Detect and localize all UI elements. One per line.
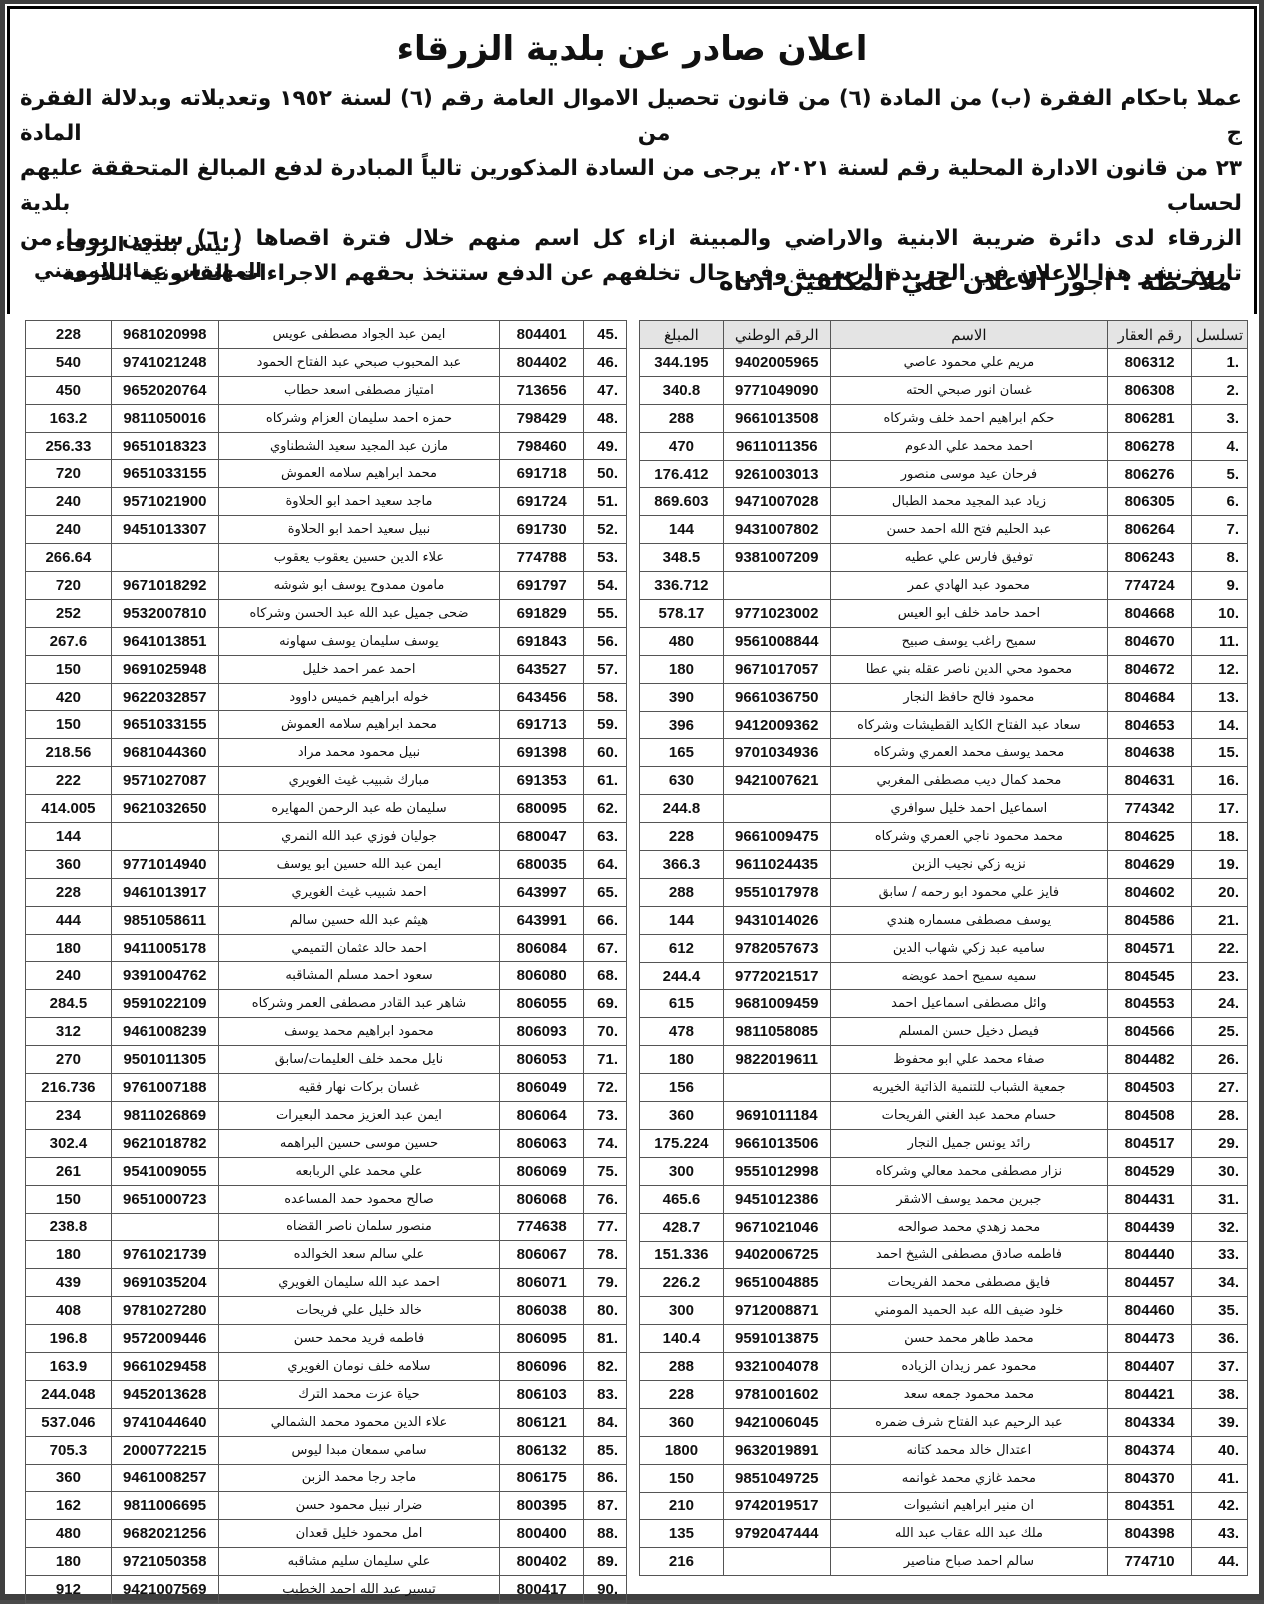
cell-property-no: 774788 — [500, 544, 584, 572]
cell-property-no: 806071 — [500, 1269, 584, 1297]
cell-amount: 630 — [640, 767, 724, 795]
cell-name: نزيه زكي نجيب الزبن — [830, 851, 1108, 879]
cell-name: فاطمه صادق مصطفى الشيخ احمد — [830, 1241, 1108, 1269]
cell-serial: .6 — [1192, 488, 1248, 516]
cell-amount: 705.3 — [26, 1436, 112, 1464]
announcement-title: اعلان صادر عن بلدية الزرقاء — [10, 29, 1254, 69]
cell-amount: 414.005 — [26, 795, 112, 823]
cell-serial: .83 — [584, 1380, 627, 1408]
cell-name: رائد يونس جميل النجار — [830, 1129, 1108, 1157]
cell-national-id: 9412009362 — [723, 711, 830, 739]
cell-serial: .51 — [584, 488, 627, 516]
cell-serial: .8 — [1192, 544, 1248, 572]
cell-amount: 210 — [640, 1492, 724, 1520]
cell-national-id: 9651000723 — [111, 1185, 218, 1213]
cell-national-id: 9772021517 — [723, 962, 830, 990]
cell-national-id: 9822019611 — [723, 1046, 830, 1074]
cell-name: تيسير عبد الله احمد الخطيب — [218, 1576, 500, 1600]
cell-amount: 312 — [26, 1018, 112, 1046]
table-row: .62680095سليمان طه عبد الرحمن المهايره96… — [26, 795, 627, 823]
cell-national-id: 9661009475 — [723, 823, 830, 851]
cell-serial: .16 — [1192, 767, 1248, 795]
cell-amount: 240 — [26, 516, 112, 544]
cell-serial: .18 — [1192, 823, 1248, 851]
cell-amount: 612 — [640, 934, 724, 962]
cell-property-no: 804334 — [1108, 1408, 1192, 1436]
cell-national-id: 9402006725 — [723, 1241, 830, 1269]
cell-property-no: 806049 — [500, 1074, 584, 1102]
cell-amount: 180 — [26, 1241, 112, 1269]
cell-name: ماجد سعيد احمد ابو الحلاوة — [218, 488, 500, 516]
cell-national-id: 9701034936 — [723, 739, 830, 767]
cell-amount: 348.5 — [640, 544, 724, 572]
table-row: .29804517رائد يونس جميل النجار9661013506… — [640, 1129, 1248, 1157]
cell-name: صفاء محمد علي ابو محفوظ — [830, 1046, 1108, 1074]
cell-property-no: 804398 — [1108, 1520, 1192, 1548]
cell-name: سلامه خلف نومان الغويري — [218, 1352, 500, 1380]
cell-name: ان منير ابراهيم انشيوات — [830, 1492, 1108, 1520]
cell-national-id: 9721050358 — [111, 1548, 218, 1576]
cell-amount: 180 — [26, 1548, 112, 1576]
table-row: .85806132سامي سمعان مبدا ليوس20007722157… — [26, 1436, 627, 1464]
cell-national-id: 9671018292 — [111, 572, 218, 600]
table-row: .11804670سميح راغب يوسف صبيح956100884448… — [640, 627, 1248, 655]
table-row: .69806055شاهر عبد القادر مصطفى العمر وشر… — [26, 990, 627, 1018]
cell-property-no: 691843 — [500, 627, 584, 655]
cell-amount: 300 — [640, 1157, 724, 1185]
cell-serial: .54 — [584, 572, 627, 600]
announcement-page: اعلان صادر عن بلدية الزرقاء عملا باحكام … — [0, 0, 1264, 1600]
cell-name: ساميه عبد زكي شهاب الدين — [830, 934, 1108, 962]
cell-property-no: 806096 — [500, 1352, 584, 1380]
cell-property-no: 680047 — [500, 823, 584, 851]
cell-national-id: 9621018782 — [111, 1129, 218, 1157]
cell-amount: 267.6 — [26, 627, 112, 655]
cell-national-id: 9671017057 — [723, 655, 830, 683]
cell-national-id: 9622032857 — [111, 683, 218, 711]
cell-serial: .74 — [584, 1129, 627, 1157]
cell-amount: 470 — [640, 432, 724, 460]
cell-serial: .57 — [584, 655, 627, 683]
cell-property-no: 804401 — [500, 321, 584, 349]
cell-amount: 222 — [26, 767, 112, 795]
table-row: .17774342اسماعيل احمد خليل سوافري244.8 — [640, 795, 1248, 823]
cell-national-id: 9261003013 — [723, 460, 830, 488]
cell-property-no: 806308 — [1108, 376, 1192, 404]
cell-national-id: 9461008239 — [111, 1018, 218, 1046]
cell-amount: 150 — [640, 1464, 724, 1492]
cell-serial: .65 — [584, 878, 627, 906]
cell-national-id: 9651004885 — [723, 1269, 830, 1297]
cell-national-id: 9321004078 — [723, 1353, 830, 1381]
cell-national-id: 9651018323 — [111, 432, 218, 460]
announcement-header: اعلان صادر عن بلدية الزرقاء عملا باحكام … — [7, 6, 1257, 314]
cell-name: محمود عبد الهادي عمر — [830, 572, 1108, 600]
cell-property-no: 800417 — [500, 1576, 584, 1600]
table-row: .27804503جمعية الشباب للتنمية الذاتية ال… — [640, 1074, 1248, 1102]
cell-property-no: 804553 — [1108, 990, 1192, 1018]
table-row: .24804553وائل مصطفى اسماعيل احمد96810094… — [640, 990, 1248, 1018]
table-row: .2806308غسان انور صبحي الحته977104909034… — [640, 376, 1248, 404]
cell-serial: .68 — [584, 962, 627, 990]
cell-amount: 228 — [26, 878, 112, 906]
cell-amount: 150 — [26, 1185, 112, 1213]
cell-serial: .45 — [584, 321, 627, 349]
cell-property-no: 806103 — [500, 1380, 584, 1408]
cell-name: ايمن عبد العزيز محمد البعيرات — [218, 1101, 500, 1129]
cell-national-id: 9811050016 — [111, 404, 218, 432]
cell-serial: .80 — [584, 1297, 627, 1325]
cell-property-no: 774638 — [500, 1213, 584, 1241]
cell-amount: 228 — [640, 1380, 724, 1408]
cell-property-no: 806093 — [500, 1018, 584, 1046]
cell-amount: 537.046 — [26, 1408, 112, 1436]
table-row: .10804668احمد حامد خلف ابو العيس97710230… — [640, 600, 1248, 628]
cell-name: نايل محمد خلف العليمات/سابق — [218, 1046, 500, 1074]
table-body-right: .1806312مريم علي محمود عاصي9402005965344… — [640, 349, 1248, 1576]
table-row: .79806071احمد عبد الله سليمان الغويري969… — [26, 1269, 627, 1297]
table-row: .64680035ايمن عبد الله حسين ابو يوسف9771… — [26, 850, 627, 878]
table-row: .71806053نايل محمد خلف العليمات/سابق9501… — [26, 1046, 627, 1074]
cell-name: حكم ابراهيم احمد خلف وشركاه — [830, 404, 1108, 432]
cell-serial: .11 — [1192, 627, 1248, 655]
table-row: .33804440فاطمه صادق مصطفى الشيخ احمد9402… — [640, 1241, 1248, 1269]
cell-name: سعاد عبد الفتاح الكايد القطيشات وشركاه — [830, 711, 1108, 739]
cell-name: علاء الدين حسين يعقوب يعقوب — [218, 544, 500, 572]
taxpayers-table-right: تسلسل رقم العقار الاسم الرقم الوطني المب… — [639, 320, 1248, 1576]
column-header-serial: تسلسل — [1192, 321, 1248, 349]
cell-serial: .82 — [584, 1352, 627, 1380]
cell-serial: .19 — [1192, 851, 1248, 879]
cell-property-no: 713656 — [500, 376, 584, 404]
cell-serial: .81 — [584, 1325, 627, 1353]
cell-national-id: 9782057673 — [723, 934, 830, 962]
cell-name: احمد حامد خلف ابو العيس — [830, 600, 1108, 628]
table-row: .75806069علي محمد علي الربابعه9541009055… — [26, 1157, 627, 1185]
cell-name: ضحى جميل عبد الله عبد الحسن وشركاه — [218, 599, 500, 627]
cell-name: علي سالم سعد الخوالده — [218, 1241, 500, 1269]
table-row: .28804508حسام محمد عبد الغني الفريحات969… — [640, 1102, 1248, 1130]
cell-national-id: 9541009055 — [111, 1157, 218, 1185]
cell-amount: 180 — [640, 1046, 724, 1074]
cell-amount: 336.712 — [640, 572, 724, 600]
cell-property-no: 806067 — [500, 1241, 584, 1269]
cell-property-no: 804460 — [1108, 1297, 1192, 1325]
cell-property-no: 643991 — [500, 906, 584, 934]
cell-property-no: 800400 — [500, 1520, 584, 1548]
cell-amount: 176.412 — [640, 460, 724, 488]
cell-national-id: 9421007569 — [111, 1576, 218, 1600]
cell-property-no: 804602 — [1108, 878, 1192, 906]
cell-amount: 156 — [640, 1074, 724, 1102]
cell-serial: .46 — [584, 348, 627, 376]
cell-serial: .67 — [584, 934, 627, 962]
cell-serial: .61 — [584, 767, 627, 795]
cell-property-no: 804571 — [1108, 934, 1192, 962]
cell-serial: .34 — [1192, 1269, 1248, 1297]
table-row: .36804473محمد طاهر محمد حسن9591013875140… — [640, 1325, 1248, 1353]
cell-amount: 366.3 — [640, 851, 724, 879]
table-row: .76806068صالح محمود حمد المساعده96510007… — [26, 1185, 627, 1213]
cell-property-no: 643456 — [500, 683, 584, 711]
cell-property-no: 804672 — [1108, 655, 1192, 683]
cell-national-id: 9781001602 — [723, 1380, 830, 1408]
cell-property-no: 804653 — [1108, 711, 1192, 739]
cell-property-no: 806281 — [1108, 404, 1192, 432]
cell-amount: 163.2 — [26, 404, 112, 432]
cell-national-id: 9461008257 — [111, 1464, 218, 1492]
cell-property-no: 804503 — [1108, 1074, 1192, 1102]
cell-national-id: 9431007802 — [723, 516, 830, 544]
cell-name: فايق مصطفى محمد الفريحات — [830, 1269, 1108, 1297]
cell-national-id: 9632019891 — [723, 1436, 830, 1464]
cell-property-no: 804631 — [1108, 767, 1192, 795]
cell-property-no: 804482 — [1108, 1046, 1192, 1074]
table-row: .38804421محمد محمود جمعه سعد978100160222… — [640, 1380, 1248, 1408]
cell-name: وائل مصطفى اسماعيل احمد — [830, 990, 1108, 1018]
cell-property-no: 774710 — [1108, 1548, 1192, 1576]
cell-national-id: 9652020764 — [111, 376, 218, 404]
cell-serial: .88 — [584, 1520, 627, 1548]
table-row: .13804684محمود فالح حافظ النجار966103675… — [640, 683, 1248, 711]
cell-property-no: 804545 — [1108, 962, 1192, 990]
table-row: .52691730نبيل سعيد احمد ابو الحلاوة94510… — [26, 516, 627, 544]
cell-national-id: 9611024435 — [723, 851, 830, 879]
cell-national-id: 9771014940 — [111, 850, 218, 878]
cell-property-no: 804629 — [1108, 851, 1192, 879]
cell-name: يوسف مصطفى مسماره هندي — [830, 906, 1108, 934]
cell-national-id: 9661036750 — [723, 683, 830, 711]
table-row: .57643527احمد عمر احمد خليل9691025948150 — [26, 655, 627, 683]
cell-property-no: 804586 — [1108, 906, 1192, 934]
cell-national-id: 9681044360 — [111, 739, 218, 767]
cell-name: فرحان عيد موسى منصور — [830, 460, 1108, 488]
cell-amount: 180 — [640, 655, 724, 683]
cell-name: ماجد رجا محمد الزبن — [218, 1464, 500, 1492]
table-row: .16804631محمد كمال ديب مصطفى المغربي9421… — [640, 767, 1248, 795]
cell-national-id: 9742019517 — [723, 1492, 830, 1520]
cell-property-no: 804457 — [1108, 1269, 1192, 1297]
cell-serial: .26 — [1192, 1046, 1248, 1074]
cell-amount: 240 — [26, 962, 112, 990]
cell-name: سعود احمد مسلم المشاقبه — [218, 962, 500, 990]
cell-name: نزار مصطفى محمد معالي وشركاه — [830, 1157, 1108, 1185]
cell-serial: .5 — [1192, 460, 1248, 488]
cell-amount: 150 — [26, 711, 112, 739]
cell-name: علي سليمان سليم مشاقبه — [218, 1548, 500, 1576]
cell-national-id: 9771049090 — [723, 376, 830, 404]
cell-national-id — [723, 1074, 830, 1102]
table-row: .66643991هيثم عبد الله حسين سالم98510586… — [26, 906, 627, 934]
table-row: .39804334عبد الرحيم عبد الفتاح شرف ضمره9… — [640, 1408, 1248, 1436]
table-row: .70806093محمود ابراهيم محمد يوسف94610082… — [26, 1018, 627, 1046]
cell-amount: 234 — [26, 1101, 112, 1129]
cell-name: جوليان فوزي عبد الله النمري — [218, 823, 500, 851]
cell-national-id: 9621032650 — [111, 795, 218, 823]
cell-serial: .59 — [584, 711, 627, 739]
cell-property-no: 691730 — [500, 516, 584, 544]
table-row: .59691713محمد ابراهيم سلامه العموش965103… — [26, 711, 627, 739]
cell-amount: 216 — [640, 1548, 724, 1576]
cell-property-no: 804439 — [1108, 1213, 1192, 1241]
cell-amount: 360 — [640, 1102, 724, 1130]
cell-amount: 228 — [640, 823, 724, 851]
cell-name: منصور سلمان ناصر القضاه — [218, 1213, 500, 1241]
cell-national-id: 9681009459 — [723, 990, 830, 1018]
cell-amount: 1800 — [640, 1436, 724, 1464]
table-row: .21804586يوسف مصطفى مسماره هندي943101402… — [640, 906, 1248, 934]
cell-amount: 256.33 — [26, 432, 112, 460]
cell-property-no: 804566 — [1108, 1018, 1192, 1046]
cell-serial: .86 — [584, 1464, 627, 1492]
cell-national-id: 9761007188 — [111, 1074, 218, 1102]
cell-national-id: 9811026869 — [111, 1101, 218, 1129]
cell-national-id: 9402005965 — [723, 349, 830, 377]
cell-serial: .14 — [1192, 711, 1248, 739]
table-row: .43804398ملك عبد الله عقاب عبد الله97920… — [640, 1520, 1248, 1548]
cell-serial: .29 — [1192, 1129, 1248, 1157]
cell-property-no: 806276 — [1108, 460, 1192, 488]
cell-property-no: 806175 — [500, 1464, 584, 1492]
column-header-national-id: الرقم الوطني — [723, 321, 830, 349]
cell-amount: 140.4 — [640, 1325, 724, 1353]
table-row: .20804602فايز علي محمود ابو رحمه / سابق9… — [640, 878, 1248, 906]
cell-amount: 180 — [26, 934, 112, 962]
table-row: .77774638منصور سلمان ناصر القضاه238.8 — [26, 1213, 627, 1241]
cell-property-no: 804351 — [1108, 1492, 1192, 1520]
cell-property-no: 806068 — [500, 1185, 584, 1213]
cell-national-id: 9811006695 — [111, 1492, 218, 1520]
cell-name: علاء الدين محمود محمد الشمالي — [218, 1408, 500, 1436]
cell-national-id: 9451013307 — [111, 516, 218, 544]
cell-national-id: 9741021248 — [111, 348, 218, 376]
cell-name: احمد حالد عثمان التميمي — [218, 934, 500, 962]
cell-serial: .21 — [1192, 906, 1248, 934]
table-row: .34804457فايق مصطفى محمد الفريحات9651004… — [640, 1269, 1248, 1297]
cell-serial: .49 — [584, 432, 627, 460]
cell-national-id: 9691035204 — [111, 1269, 218, 1297]
cell-amount: 284.5 — [26, 990, 112, 1018]
cell-national-id: 2000772215 — [111, 1436, 218, 1464]
cell-national-id: 9781027280 — [111, 1297, 218, 1325]
cell-name: احمد محمد علي الدعوم — [830, 432, 1108, 460]
table-row: .80806038خالد خليل علي فريحات97810272804… — [26, 1297, 627, 1325]
cell-property-no: 804625 — [1108, 823, 1192, 851]
cell-name: خالد خليل علي فريحات — [218, 1297, 500, 1325]
cell-national-id: 9501011305 — [111, 1046, 218, 1074]
cell-name: عبد المحبوب صبحي عبد الفتاح الحمود — [218, 348, 500, 376]
table-row: .6806305زياد عبد المجيد محمد الطبال94710… — [640, 488, 1248, 516]
table-row: .14804653سعاد عبد الفتاح الكايد القطيشات… — [640, 711, 1248, 739]
signature-name: المهندس عماد المومني — [34, 257, 262, 283]
cell-national-id: 9771023002 — [723, 600, 830, 628]
cell-serial: .10 — [1192, 600, 1248, 628]
cell-property-no: 806095 — [500, 1325, 584, 1353]
cell-name: توفيق فارس علي عطيه — [830, 544, 1108, 572]
cell-amount: 420 — [26, 683, 112, 711]
cell-name: محمود عمر زيدان الزياده — [830, 1353, 1108, 1381]
cell-name: حسام محمد عبد الغني الفريحات — [830, 1102, 1108, 1130]
cell-amount: 302.4 — [26, 1129, 112, 1157]
cell-serial: .40 — [1192, 1436, 1248, 1464]
cell-amount: 428.7 — [640, 1213, 724, 1241]
cell-national-id — [111, 1213, 218, 1241]
cell-amount: 578.17 — [640, 600, 724, 628]
cell-amount: 465.6 — [640, 1185, 724, 1213]
cell-serial: .43 — [1192, 1520, 1248, 1548]
cell-national-id: 9691011184 — [723, 1102, 830, 1130]
cell-national-id: 9461013917 — [111, 878, 218, 906]
table-row: .5806276فرحان عيد موسى منصور926100301317… — [640, 460, 1248, 488]
cell-property-no: 806312 — [1108, 349, 1192, 377]
cell-amount: 288 — [640, 878, 724, 906]
table-body-left: .45804401ايمن عبد الجواد مصطفى عويس96810… — [26, 321, 627, 1601]
cell-amount: 450 — [26, 376, 112, 404]
cell-amount: 244.048 — [26, 1380, 112, 1408]
cell-national-id: 9381007209 — [723, 544, 830, 572]
cell-amount: 540 — [26, 348, 112, 376]
cell-property-no: 691724 — [500, 488, 584, 516]
cell-property-no: 774724 — [1108, 572, 1192, 600]
cell-name: محمد محمود ناجي العمري وشركاه — [830, 823, 1108, 851]
cell-national-id: 9421007621 — [723, 767, 830, 795]
cell-name: مريم علي محمود عاصي — [830, 349, 1108, 377]
cell-amount: 238.8 — [26, 1213, 112, 1241]
cell-serial: .1 — [1192, 349, 1248, 377]
cell-serial: .36 — [1192, 1325, 1248, 1353]
cell-serial: .62 — [584, 795, 627, 823]
cell-name: احمد شبيب غيث الغويري — [218, 878, 500, 906]
cell-amount: 196.8 — [26, 1325, 112, 1353]
cell-serial: .75 — [584, 1157, 627, 1185]
cell-serial: .37 — [1192, 1353, 1248, 1381]
cell-serial: .15 — [1192, 739, 1248, 767]
cell-name: عبد الحليم فتح الله احمد حسن — [830, 516, 1108, 544]
cell-national-id: 9571027087 — [111, 767, 218, 795]
cell-amount: 226.2 — [640, 1269, 724, 1297]
cell-serial: .24 — [1192, 990, 1248, 1018]
cell-national-id: 9651033155 — [111, 460, 218, 488]
cell-amount: 151.336 — [640, 1241, 724, 1269]
cell-serial: .13 — [1192, 683, 1248, 711]
table-row: .45804401ايمن عبد الجواد مصطفى عويس96810… — [26, 321, 627, 349]
cell-amount: 216.736 — [26, 1074, 112, 1102]
table-row: .32804439محمد زهدي محمد صوالحه9671021046… — [640, 1213, 1248, 1241]
cell-serial: .71 — [584, 1046, 627, 1074]
cell-serial: .58 — [584, 683, 627, 711]
cell-name: سالم احمد صباح مناصير — [830, 1548, 1108, 1576]
cell-amount: 270 — [26, 1046, 112, 1074]
table-row: .60691398نبيل محمود محمد مراد96810443602… — [26, 739, 627, 767]
cell-national-id: 9671021046 — [723, 1213, 830, 1241]
cell-amount: 396 — [640, 711, 724, 739]
cell-national-id: 9851058611 — [111, 906, 218, 934]
cell-national-id: 9532007810 — [111, 599, 218, 627]
cell-name: خوله ابراهيم خميس داوود — [218, 683, 500, 711]
cell-national-id: 9691025948 — [111, 655, 218, 683]
column-header-name: الاسم — [830, 321, 1108, 349]
cell-amount: 480 — [640, 627, 724, 655]
cell-amount: 300 — [640, 1297, 724, 1325]
cell-national-id: 9572009446 — [111, 1325, 218, 1353]
cell-serial: .63 — [584, 823, 627, 851]
table-row: .86806175ماجد رجا محمد الزبن946100825736… — [26, 1464, 627, 1492]
cell-serial: .38 — [1192, 1380, 1248, 1408]
cell-property-no: 804407 — [1108, 1353, 1192, 1381]
cell-national-id: 9641013851 — [111, 627, 218, 655]
cell-property-no: 691713 — [500, 711, 584, 739]
table-row: .9774724محمود عبد الهادي عمر336.712 — [640, 572, 1248, 600]
